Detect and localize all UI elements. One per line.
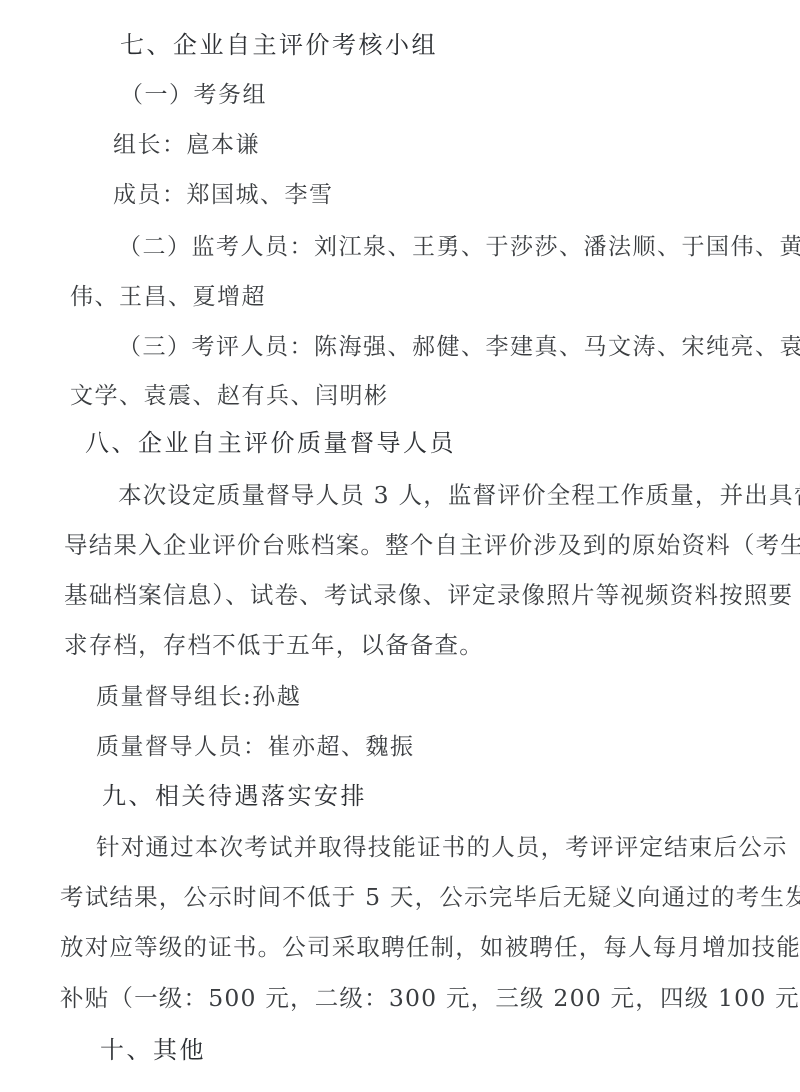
exam-affairs-group-leader: 组长：扈本谦 xyxy=(113,130,260,160)
proctors-line-1: （二）监考人员：刘江泉、王勇、于莎莎、潘法顺、于国伟、黄 xyxy=(118,232,800,262)
section-9-paragraph-line-1: 针对通过本次考试并取得技能证书的人员，考评评定结束后公示 xyxy=(96,832,788,862)
exam-affairs-group-members: 成员：郑国城、李雪 xyxy=(113,180,334,210)
evaluators-line-2: 文学、袁震、赵有兵、闫明彬 xyxy=(70,381,389,411)
section-8-paragraph-line-4: 求存档，存档不低于五年，以备备查。 xyxy=(64,630,484,660)
proctors-line-2: 伟、王昌、夏增超 xyxy=(70,282,266,312)
section-8-heading: 八、企业自主评价质量督导人员 xyxy=(85,428,456,458)
evaluators-line-1: （三）考评人员：陈海强、郝健、李建真、马文涛、宋纯亮、袁 xyxy=(118,332,800,362)
section-8-paragraph-line-1: 本次设定质量督导人员 3 人，监督评价全程工作质量，并出具督 xyxy=(118,480,800,510)
quality-supervision-members: 质量督导人员：崔亦超、魏振 xyxy=(96,732,415,762)
exam-affairs-group-title: （一）考务组 xyxy=(120,80,267,110)
section-9-paragraph-line-3: 放对应等级的证书。公司采取聘任制，如被聘任，每人每月增加技能 xyxy=(60,932,800,962)
section-9-heading: 九、相关待遇落实安排 xyxy=(102,781,367,811)
section-8-paragraph-line-3: 基础档案信息）、试卷、考试录像、评定录像照片等视频资料按照要 xyxy=(64,580,793,610)
quality-supervision-leader: 质量督导组长:孙越 xyxy=(96,682,301,712)
section-8-paragraph-line-2: 导结果入企业评价台账档案。整个自主评价涉及到的原始资料（考生 xyxy=(64,530,800,560)
section-9-paragraph-line-2: 考试结果，公示时间不低于 5 天，公示完毕后无疑义向通过的考生发 xyxy=(60,882,800,912)
section-7-heading: 七、企业自主评价考核小组 xyxy=(120,30,438,60)
section-10-heading: 十、其他 xyxy=(100,1035,206,1065)
section-9-paragraph-line-4: 补贴（一级：500 元，二级：300 元，三级 200 元，四级 100 元）。 xyxy=(60,983,800,1013)
